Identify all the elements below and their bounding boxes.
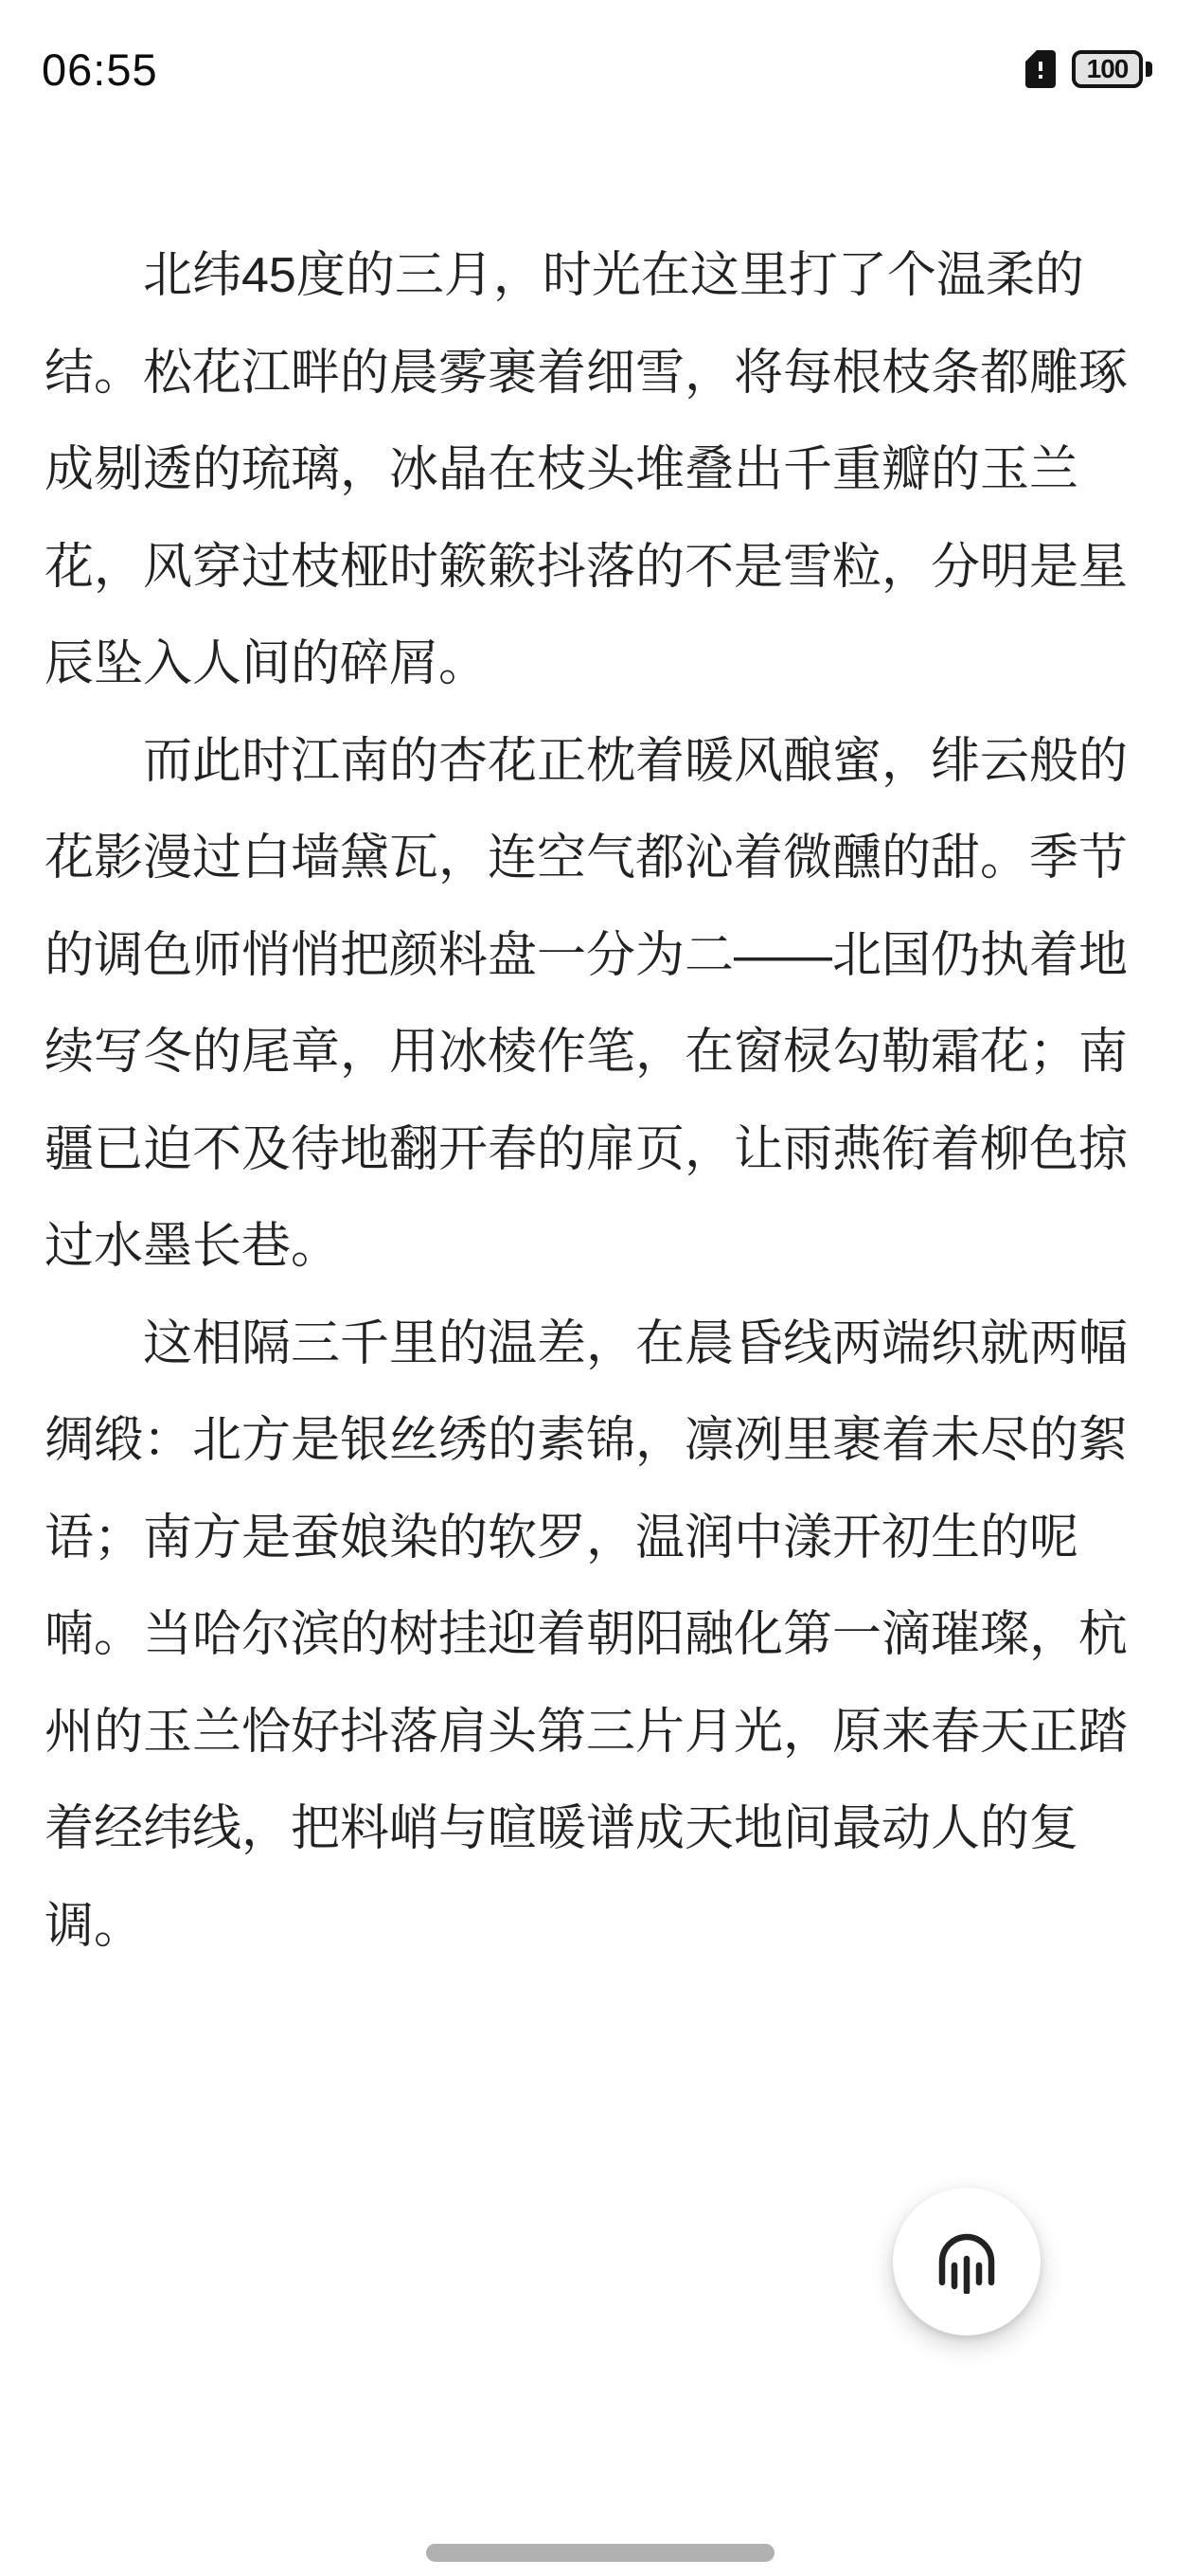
- status-time: 06:55: [42, 47, 158, 92]
- sim-card-alert-icon: [1025, 50, 1056, 88]
- battery-nub: [1146, 62, 1152, 77]
- battery-level: 100: [1087, 56, 1129, 82]
- paragraph-north: 北纬45度的三月，时光在这里打了个温柔的结。松花江畔的晨雾裹着细雪，将每根枝条都…: [45, 227, 1148, 713]
- listen-icon: [935, 2229, 999, 2294]
- status-bar: 06:55 100: [0, 0, 1193, 138]
- phone-screen: 06:55 100 北纬45度的三月，时光在这里打了个温柔的结。松花江畔的晨雾裹…: [0, 0, 1193, 2576]
- paragraph-contrast: 这相隔三千里的温差，在晨昏线两端织就两幅绸缎：北方是银丝绣的素锦，凛冽里裹着未尽…: [45, 1296, 1148, 1976]
- status-icons: 100: [1025, 50, 1152, 88]
- home-indicator-bar[interactable]: [426, 2544, 775, 2562]
- read-aloud-button[interactable]: [893, 2188, 1041, 2335]
- battery-icon: 100: [1072, 50, 1152, 88]
- paragraph-south: 而此时江南的杏花正枕着暖风酿蜜，绯云般的花影漫过白墙黛瓦，连空气都沁着微醺的甜。…: [45, 713, 1148, 1296]
- battery-body: 100: [1072, 50, 1143, 88]
- article-text: 北纬45度的三月，时光在这里打了个温柔的结。松花江畔的晨雾裹着细雪，将每根枝条都…: [45, 227, 1148, 1975]
